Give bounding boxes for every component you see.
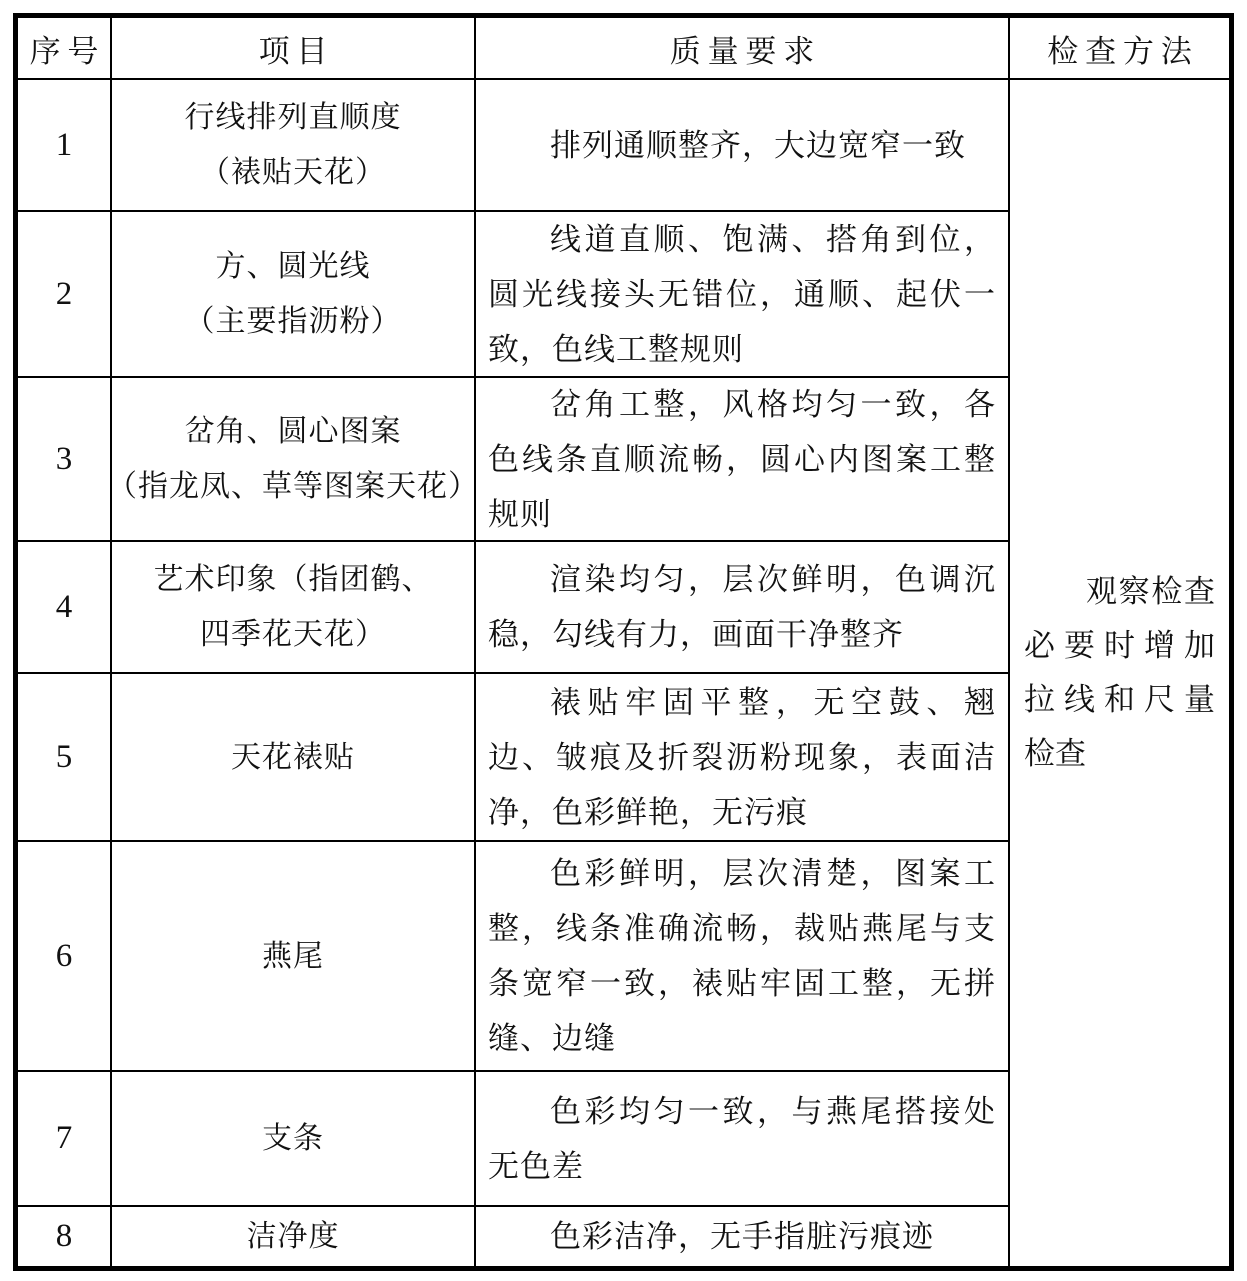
item-cell: 洁净度	[112, 1207, 476, 1266]
row-number-cell: 6	[18, 842, 112, 1072]
item-line: （主要指沥粉）	[185, 294, 402, 349]
row-number-cell: 1	[18, 80, 112, 212]
row-number-cell: 2	[18, 212, 112, 378]
row-number-cell: 4	[18, 542, 112, 674]
inspection-method-cell: 观察检查必要时增加拉线和尺量检查	[1010, 80, 1229, 1266]
requirement-cell: 线道直顺、饱满、搭角到位，圆光线接头无错位，通顺、起伏一致，色线工整规则	[476, 212, 1010, 378]
requirement-text: 裱贴牢固平整，无空鼓、翘边、皱痕及折裂沥粉现象，表面洁净，色彩鲜艳，无污痕	[488, 675, 996, 840]
requirement-cell: 排列通顺整齐，大边宽窄一致	[476, 80, 1010, 212]
item-cell: 燕尾	[112, 842, 476, 1072]
requirement-text: 色彩洁净，无手指脏污痕迹	[488, 1209, 996, 1264]
requirement-cell: 裱贴牢固平整，无空鼓、翘边、皱痕及折裂沥粉现象，表面洁净，色彩鲜艳，无污痕	[476, 674, 1010, 842]
requirement-text: 渲染均匀，层次鲜明，色调沉稳，勾线有力，画面干净整齐	[488, 552, 996, 662]
requirement-text: 岔角工整，风格均匀一致，各色线条直顺流畅，圆心内图案工整规则	[488, 378, 996, 542]
item-line: 方、圆光线	[216, 239, 371, 294]
item-line: 燕尾	[262, 929, 324, 984]
requirement-cell: 色彩均匀一致，与燕尾搭接处无色差	[476, 1072, 1010, 1207]
inspection-method-line: 拉线和尺量	[1024, 673, 1215, 727]
requirement-cell: 岔角工整，风格均匀一致，各色线条直顺流畅，圆心内图案工整规则	[476, 378, 1010, 542]
item-cell: 艺术印象（指团鹤、四季花天花）	[112, 542, 476, 674]
item-cell: 天花裱贴	[112, 674, 476, 842]
requirement-cell: 渲染均匀，层次鲜明，色调沉稳，勾线有力，画面干净整齐	[476, 542, 1010, 674]
row-number-cell: 8	[18, 1207, 112, 1266]
item-cell: 岔角、圆心图案（指龙凤、草等图案天花）	[112, 378, 476, 542]
requirement-text: 色彩鲜明，层次清楚，图案工整，线条准确流畅，裁贴燕尾与支条宽窄一致，裱贴牢固工整…	[488, 846, 996, 1066]
item-line: （裱贴天花）	[200, 145, 386, 200]
requirement-text: 排列通顺整齐，大边宽窄一致	[488, 118, 996, 173]
requirement-text: 色彩均匀一致，与燕尾搭接处无色差	[488, 1084, 996, 1194]
item-line: 岔角、圆心图案	[185, 404, 402, 459]
header-item: 项目	[112, 18, 476, 80]
item-line: 行线排列直顺度	[185, 90, 402, 145]
quality-requirements-table: 序号 项目 质量要求 检查方法 1行线排列直顺度（裱贴天花）排列通顺整齐，大边宽…	[13, 13, 1234, 1271]
requirement-text: 线道直顺、饱满、搭角到位，圆光线接头无错位，通顺、起伏一致，色线工整规则	[488, 212, 996, 377]
requirement-cell: 色彩鲜明，层次清楚，图案工整，线条准确流畅，裁贴燕尾与支条宽窄一致，裱贴牢固工整…	[476, 842, 1010, 1072]
item-line: 支条	[262, 1111, 324, 1166]
requirement-cell: 色彩洁净，无手指脏污痕迹	[476, 1207, 1010, 1266]
inspection-method-line: 观察检查	[1024, 565, 1215, 619]
header-number: 序号	[18, 18, 112, 80]
row-number-cell: 7	[18, 1072, 112, 1207]
item-line: 洁净度	[247, 1209, 340, 1264]
item-line: 艺术印象（指团鹤、	[154, 552, 433, 607]
document-page: 序号 项目 质量要求 检查方法 1行线排列直顺度（裱贴天花）排列通顺整齐，大边宽…	[0, 0, 1247, 1281]
row-number-cell: 3	[18, 378, 112, 542]
row-number-cell: 5	[18, 674, 112, 842]
item-line: 天花裱贴	[231, 730, 355, 785]
item-cell: 行线排列直顺度（裱贴天花）	[112, 80, 476, 212]
header-requirement: 质量要求	[476, 18, 1010, 80]
item-line: （指龙凤、草等图案天花）	[112, 459, 476, 514]
item-line: 四季花天花）	[200, 607, 386, 662]
item-cell: 支条	[112, 1072, 476, 1207]
inspection-method-line: 检查	[1024, 727, 1215, 781]
inspection-method-line: 必要时增加	[1024, 619, 1215, 673]
header-inspection-method: 检查方法	[1010, 18, 1229, 80]
item-cell: 方、圆光线（主要指沥粉）	[112, 212, 476, 378]
